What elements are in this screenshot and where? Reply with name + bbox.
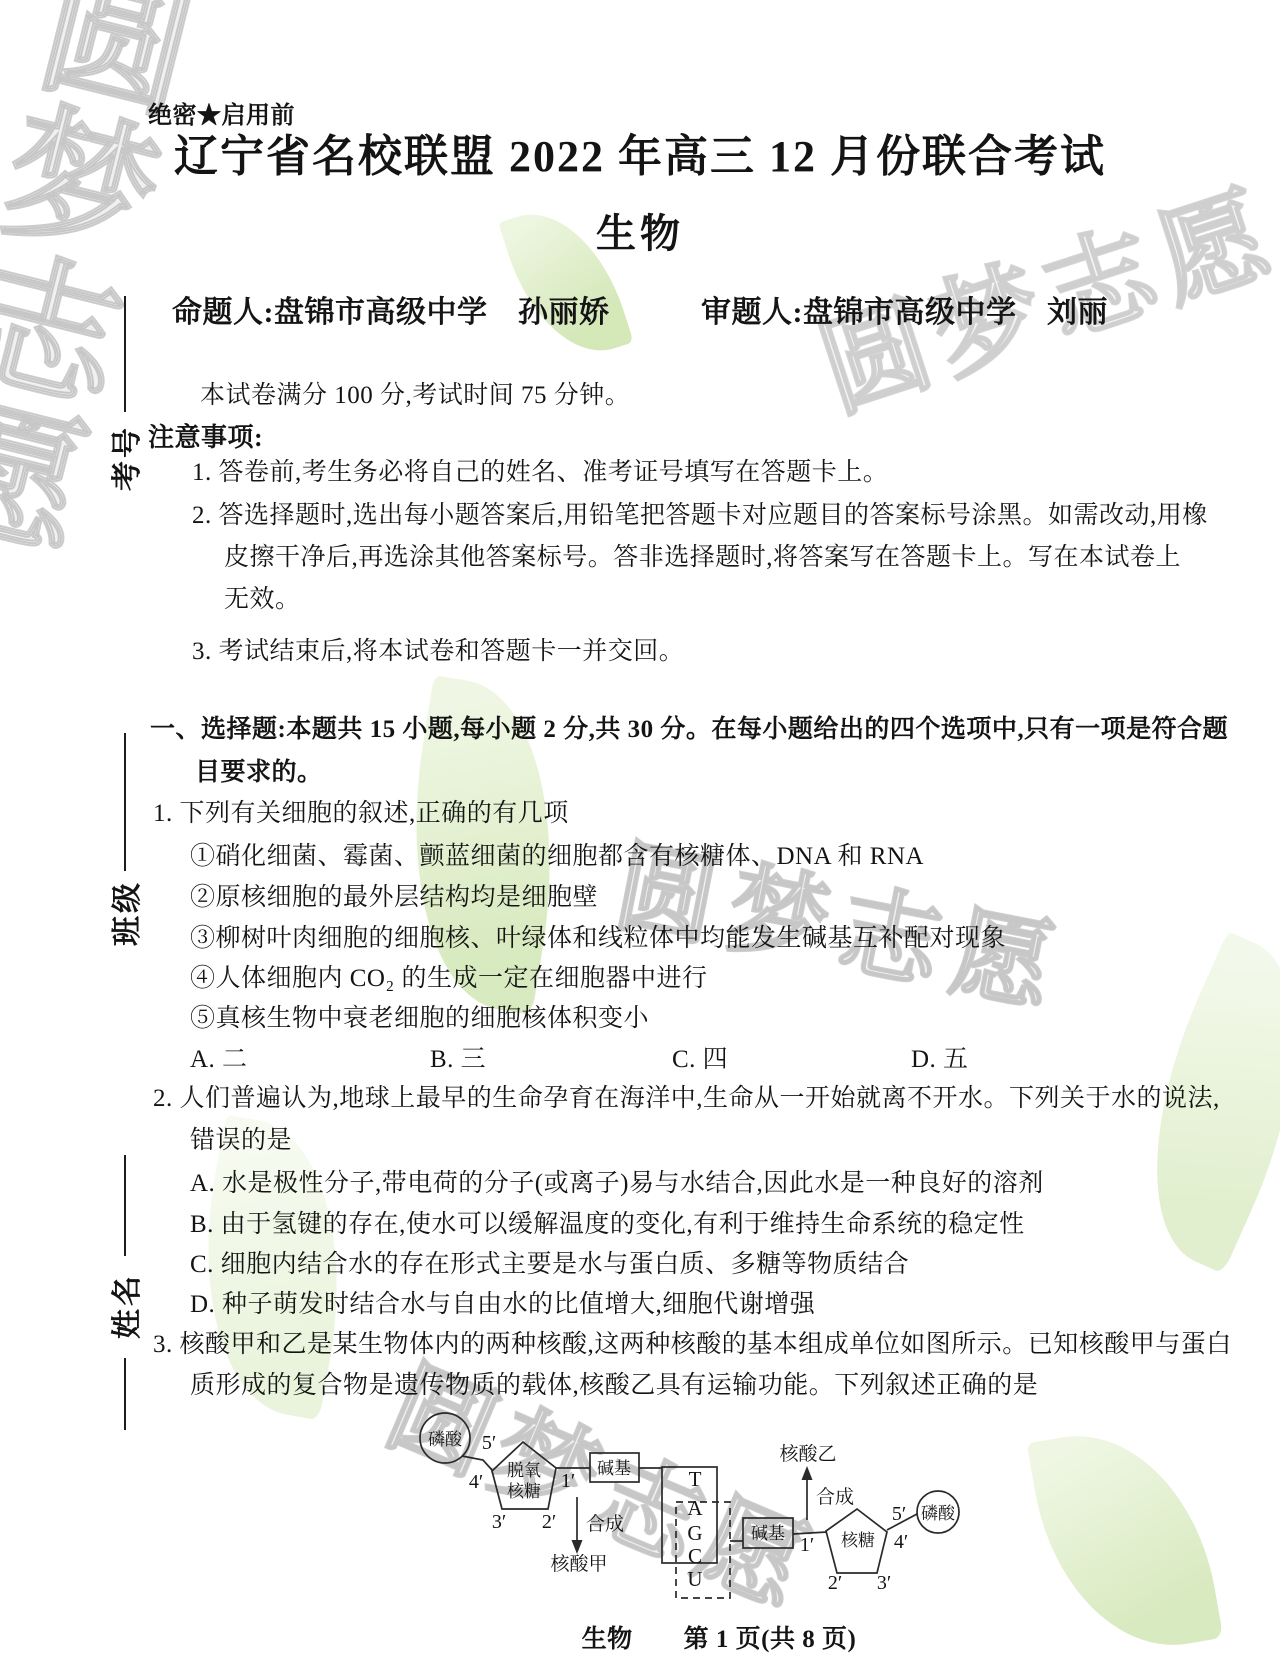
- q2-stem: 2. 人们普遍认为,地球上最早的生命孕育在海洋中,生命从一开始就离不开水。下列关…: [153, 1082, 1220, 1115]
- prime-label: 3′: [492, 1511, 506, 1533]
- q1-option-a: A. 二: [190, 1043, 248, 1076]
- base-letter: T: [689, 1467, 702, 1491]
- nucleic-acid-b-label: 核酸乙: [779, 1443, 836, 1465]
- notice-heading: 注意事项:: [148, 421, 263, 454]
- nucleic-acid-a-label: 核酸甲: [550, 1553, 607, 1575]
- section-header-line: 一、选择题:本题共 15 小题,每小题 2 分,共 30 分。在每小题给出的四个…: [150, 713, 1228, 746]
- q2-option-d: D. 种子萌发时结合水与自由水的比值增大,细胞代谢增强: [190, 1288, 815, 1321]
- secrecy-label: 绝密★启用前: [148, 100, 295, 133]
- section-header-line: 目要求的。: [195, 756, 323, 789]
- prime-label: 1′: [800, 1534, 814, 1556]
- notice-line: 1. 答卷前,考生务必将自己的姓名、准考证号填写在答题卡上。: [192, 456, 888, 489]
- synthesis-label-left: 合成: [586, 1513, 624, 1535]
- base-letter: C: [688, 1544, 702, 1568]
- notice-line: 无效。: [224, 583, 301, 616]
- page-title: 辽宁省名校联盟 2022 年高三 12 月份联合考试: [0, 140, 1280, 173]
- setters-line: 命题人:盘锦市高级中学 孙丽娇 审题人:盘锦市高级中学 刘丽: [0, 296, 1280, 329]
- base-label-left: 碱基: [597, 1459, 631, 1478]
- notice-line: 皮擦干净后,再选涂其他答案标号。答非选择题时,将答案写在答题卡上。写在本试卷上: [224, 541, 1181, 574]
- notice-line: 3. 考试结束后,将本试卷和答题卡一并交回。: [192, 635, 684, 668]
- prime-label: 4′: [469, 1471, 483, 1493]
- ribose-label: 核糖: [841, 1531, 875, 1550]
- base-letter: A: [687, 1496, 703, 1520]
- deoxyribose-label: 脱氧: [507, 1461, 541, 1480]
- paper-info: 本试卷满分 100 分,考试时间 75 分钟。: [200, 379, 630, 412]
- q1-item: ③柳树叶肉细胞的细胞核、叶绿体和线粒体中均能发生碱基互补配对现象: [190, 922, 1006, 955]
- q1-item: ②原核细胞的最外层结构均是细胞壁: [190, 881, 598, 914]
- q1-item: ④人体细胞内 CO₂ 的生成一定在细胞器中进行: [190, 962, 707, 995]
- prime-label: 1′: [561, 1470, 575, 1492]
- base-letter: G: [687, 1521, 702, 1545]
- base-label-right: 碱基: [751, 1524, 785, 1543]
- q1-option-b: B. 三: [430, 1043, 486, 1076]
- q2-option-b: B. 由于氢键的存在,使水可以缓解温度的变化,有利于维持生命系统的稳定性: [190, 1208, 1025, 1241]
- rna-bases-box: [676, 1502, 730, 1598]
- exam-paper-page: 圆梦志愿 圆梦志愿 圆梦志愿 圆梦志愿 考号 班级 姓名 绝密★启用前 辽宁省名…: [0, 0, 1280, 1661]
- phosphate-label-right: 磷酸: [921, 1504, 956, 1523]
- prime-label: 4′: [894, 1531, 908, 1553]
- q1-option-d: D. 五: [911, 1043, 969, 1076]
- q2-option-c: C. 细胞内结合水的存在形式主要是水与蛋白质、多糖等物质结合: [190, 1248, 909, 1281]
- q1-option-c: C. 四: [672, 1043, 728, 1076]
- prime-label: 3′: [877, 1572, 891, 1594]
- base-letter: U: [687, 1567, 702, 1591]
- deoxyribose-label: 核糖: [507, 1482, 541, 1501]
- q1-stem: 1. 下列有关细胞的叙述,正确的有几项: [153, 797, 569, 830]
- subject-title: 生物: [0, 217, 1280, 250]
- prime-label: 2′: [828, 1572, 842, 1594]
- q1-item: ⑤真核生物中衰老细胞的细胞核体积变小: [190, 1002, 649, 1035]
- q2-option-a: A. 水是极性分子,带电荷的分子(或离子)易与水结合,因此水是一种良好的溶剂: [190, 1167, 1044, 1200]
- q2-stem: 错误的是: [190, 1124, 292, 1157]
- prime-label: 5′: [892, 1503, 906, 1525]
- synthesis-label-right: 合成: [816, 1486, 854, 1508]
- notice-line: 2. 答选择题时,选出每小题答案后,用铅笔把答题卡对应题目的答案标号涂黑。如需改…: [192, 499, 1208, 532]
- phosphate-label-left: 磷酸: [428, 1430, 463, 1449]
- arrow-up-icon: [802, 1466, 813, 1480]
- nucleotide-diagram: 磷酸 脱氧 核糖 碱基 5′ 4′ 1′ 3′ 2′ T A G C U 合成 …: [380, 1402, 970, 1630]
- prime-label: 5′: [482, 1432, 496, 1454]
- arrow-down-icon: [572, 1540, 583, 1554]
- q3-stem: 3. 核酸甲和乙是某生物体内的两种核酸,这两种核酸的基本组成单位如图所示。已知核…: [153, 1328, 1232, 1361]
- prime-label: 2′: [542, 1511, 556, 1533]
- q3-stem: 质形成的复合物是遗传物质的载体,核酸乙具有运输功能。下列叙述正确的是: [190, 1369, 1038, 1402]
- q1-item: ①硝化细菌、霉菌、颤蓝细菌的细胞都含有核糖体、DNA 和 RNA: [190, 840, 924, 873]
